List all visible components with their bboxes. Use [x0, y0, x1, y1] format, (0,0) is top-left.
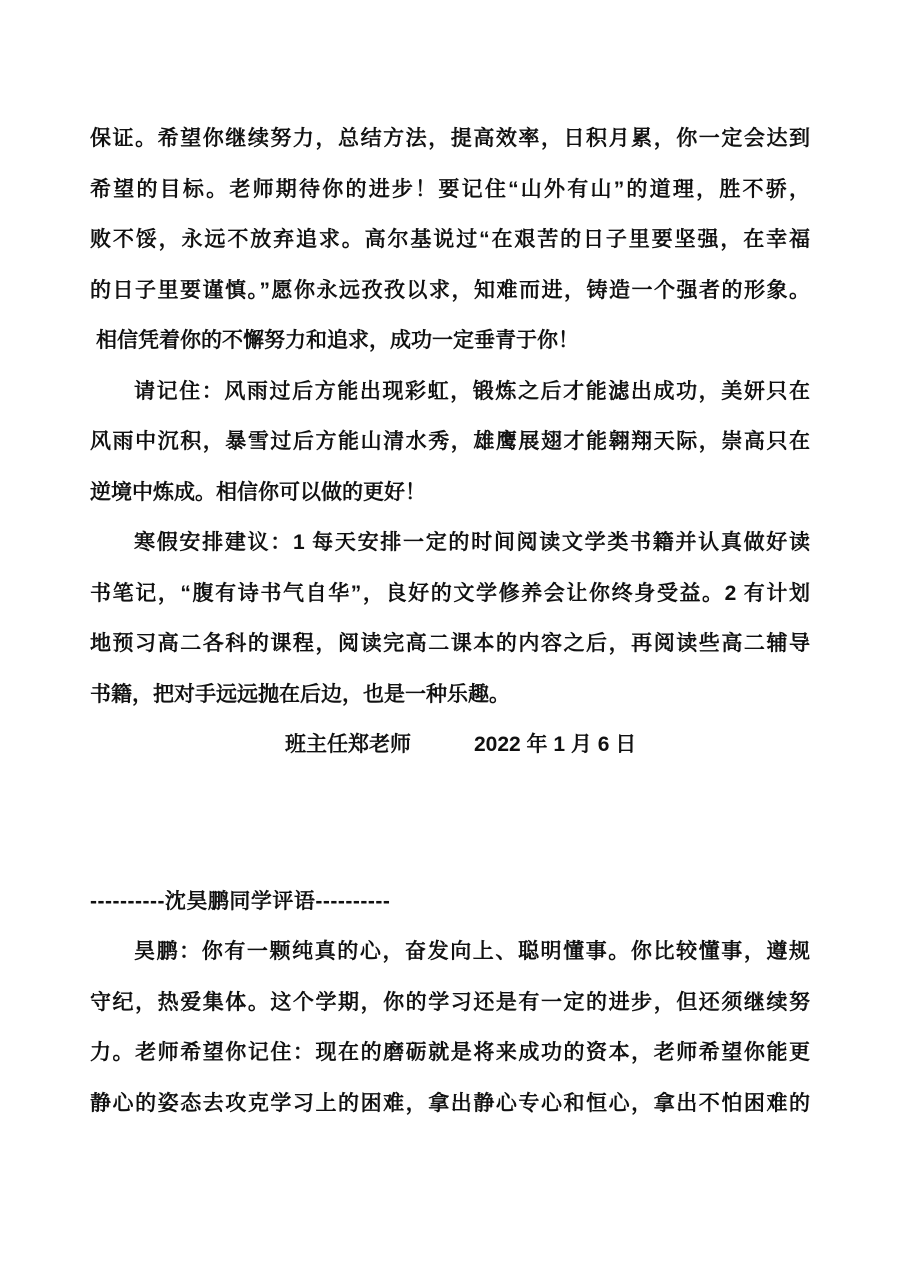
text-line: 寒假安排建议：1 每天安排一定的时间阅读文学类书籍并认真做好读	[90, 518, 810, 569]
text-line: 的日子里要谨慎。”愿你永远孜孜以求，知难而进，铸造一个强者的形象。	[90, 266, 810, 317]
document-page: 保证。希望你继续努力，总结方法，提高效率，日积月累，你一定会达到 希望的目标。老…	[0, 0, 900, 1286]
section-separator: ----------沈昊鹏同学评语----------	[90, 877, 810, 928]
text-line: 书笔记，“腹有诗书气自华”，良好的文学修养会让你终身受益。2 有计划	[90, 569, 810, 620]
text-line: 保证。希望你继续努力，总结方法，提高效率，日积月累，你一定会达到	[90, 114, 810, 165]
text-line: 地预习高二各科的课程，阅读完高二课本的内容之后，再阅读些高二辅导	[90, 619, 810, 670]
text-line: 败不馁，永远不放弃追求。高尔基说过“在艰苦的日子里要坚强，在幸福	[90, 215, 810, 266]
text-line: 昊鹏：你有一颗纯真的心，奋发向上、聪明懂事。你比较懂事，遵规	[90, 927, 810, 978]
text-line: 风雨中沉积，暴雪过后方能山清水秀，雄鹰展翅才能翱翔天际，崇高只在	[90, 417, 810, 468]
text-line: 逆境中炼成。相信你可以做的更好！	[90, 468, 810, 519]
section-gap	[90, 771, 810, 877]
signature-line: 班主任郑老师 2022 年 1 月 6 日	[90, 720, 810, 771]
text-line: 相信凭着你的不懈努力和追求，成功一定垂青于你！	[90, 316, 810, 367]
text-line: 守纪，热爱集体。这个学期，你的学习还是有一定的进步，但还须继续努	[90, 978, 810, 1029]
text-line: 请记住：风雨过后方能出现彩虹，锻炼之后才能滤出成功，美妍只在	[90, 367, 810, 418]
text-line: 静心的姿态去攻克学习上的困难，拿出静心专心和恒心，拿出不怕困难的	[90, 1079, 810, 1130]
text-line: 希望的目标。老师期待你的进步！要记住“山外有山”的道理，胜不骄，	[90, 165, 810, 216]
text-line: 书籍，把对手远远抛在后边，也是一种乐趣。	[90, 670, 810, 721]
text-line: 力。老师希望你记住：现在的磨砺就是将来成功的资本，老师希望你能更	[90, 1028, 810, 1079]
